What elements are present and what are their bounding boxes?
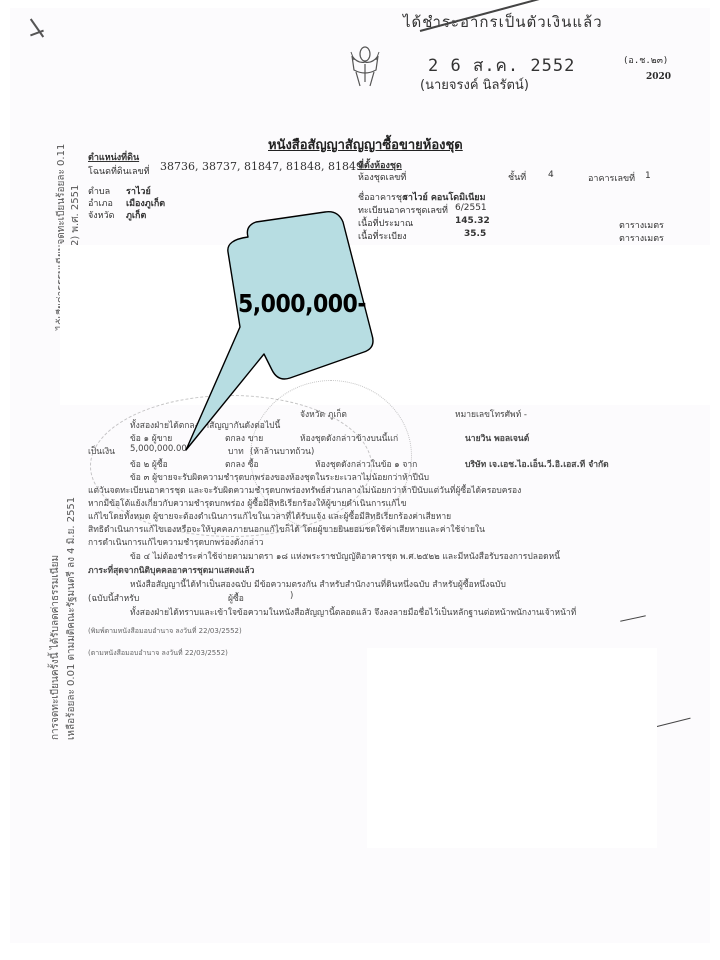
registration-number: 6/2551 xyxy=(455,203,487,213)
clause3-line: การดำเนินการแก้ไขความชำรุดบกพร่องดังกล่า… xyxy=(88,535,264,549)
balcony-value: 35.5 xyxy=(464,229,486,239)
redaction-block-top xyxy=(60,245,720,405)
price-label: เป็นเงิน xyxy=(88,444,115,458)
tax-paid-stamp: ได้ชำระอากรเป็นตัวเงินแล้ว xyxy=(403,10,603,34)
clause3-line: แก้ไขโดยทั้งหมด ผู้ขายจะต้องดำเนินการแก้… xyxy=(88,509,451,523)
clause3-line: แต่วันจดทะเบียนอาคารชุด และจะรับผิดความช… xyxy=(88,483,521,497)
area-value: 145.32 xyxy=(455,216,490,226)
seller-company: บริษัท เจ.เอช.ไอ.เอ็น.วี.อิ.เอส.ที จำกัด xyxy=(465,457,609,471)
balcony-label: เนื้อที่ระเบียง xyxy=(358,229,407,243)
clause2-mid: ตกลง ซื้อ xyxy=(225,457,259,471)
redaction-block-bottom xyxy=(367,648,657,848)
form-number: 2020 xyxy=(646,72,671,82)
floor-value: 4 xyxy=(548,170,554,180)
clause3-line: สิทธิดำเนินการแก้ไขเองหรือจะให้บุคคลภายน… xyxy=(88,522,485,536)
buyer-name: นายวิน พอลเจนต์ xyxy=(465,431,529,445)
copy-for-label: (ฉบับนี้สำหรับ xyxy=(88,591,139,605)
province-value: ภูเก็ต xyxy=(126,208,146,222)
clause2-rest: ห้องชุดดังกล่าวในข้อ ๑ จาก xyxy=(315,457,417,471)
copy-for-value: ผู้ซื้อ xyxy=(228,591,244,605)
footnote-power-of-attorney-1: (พิมพ์ตามหนังสือมอบอำนาจ ลงวันที่ 22/03/… xyxy=(88,626,242,637)
balcony-unit: ตารางเมตร xyxy=(619,231,664,245)
clause1-label: ข้อ ๑ ผู้ขาย xyxy=(130,431,172,445)
clause1-rest: ห้องชุดดังกล่าวข้างบนนี้แก่ xyxy=(300,431,398,445)
building-label: อาคารเลขที่ xyxy=(588,171,635,185)
document-title: หนังสือสัญญาสัญญาซื้อขายห้องชุด xyxy=(268,134,463,155)
margin-note-reduction-2: เหลือร้อยละ 0.01 ตามมติคณะรัฐมนตรี ลง 4 … xyxy=(64,497,79,740)
deed-label: โฉนดที่ดินเลขที่ xyxy=(88,164,150,178)
copies-statement: หนังสือสัญญานี้ได้ทำเป็นสองฉบับ มีข้อควา… xyxy=(130,577,506,591)
closing-statement: ทั้งสองฝ่ายได้ทราบและเข้าใจข้อความในหนัง… xyxy=(130,605,576,619)
condo-label: ชื่ออาคารชุด xyxy=(358,190,408,204)
partial-line-right: หมายเลขโทรศัพท์ - xyxy=(455,407,527,421)
price-unit: บาท xyxy=(228,444,244,458)
clause4-line: ภาระที่สุดจากนิติบุคคลอาคารชุดมาแสดงแล้ว xyxy=(88,563,254,577)
clause3-line: ข้อ ๓ ผู้ขายจะรับผิดความชำรุดบกพร่องของห… xyxy=(130,470,429,484)
partial-line-left: จังหวัด ภูเก็ต xyxy=(300,407,347,421)
floor-label: ชั้นที่ xyxy=(508,170,526,184)
room-label: ห้องชุดเลขที่ xyxy=(358,170,406,184)
clause3-line: หากมีข้อโต้แย้งเกี่ยวกับความชำรุดบกพร่อง… xyxy=(88,496,406,510)
area-label: เนื้อที่ประมาณ xyxy=(358,216,413,230)
condo-name: ราไวย์ คอนโดมิเนียม xyxy=(403,190,486,204)
callout-amount: 5,000,000- xyxy=(238,290,366,319)
area-unit: ตารางเมตร xyxy=(619,218,664,232)
contract-intro: ทั้งสองฝ่ายได้ตกลงทำสัญญากันดังต่อไปนี้ xyxy=(130,418,280,432)
price-words: (ห้าล้านบาทถ้วน) xyxy=(250,444,314,458)
registration-label: ทะเบียนอาคารชุดเลขที่ xyxy=(358,203,448,217)
copy-for-close: ) xyxy=(290,591,293,601)
clause2-label: ข้อ ๒ ผู้ซื้อ xyxy=(130,457,168,471)
building-value: 1 xyxy=(645,171,651,181)
deed-numbers: 38736, 38737, 81847, 81848, 81849 xyxy=(160,160,363,173)
form-code: (อ.ช.๒๓) xyxy=(623,53,668,67)
clause4-line: ข้อ ๔ ไม่ต้องชำระค่าใช้จ่ายตามมาตรา ๑๘ แ… xyxy=(130,549,560,563)
province-label: จังหวัด xyxy=(88,208,115,222)
garuda-emblem-icon xyxy=(350,42,380,88)
land-heading: ตำแหน่งที่ดิน xyxy=(88,150,139,164)
price-value: 5,000,000.00 xyxy=(130,444,187,454)
clause1-mid: ตกลง ขาย xyxy=(225,431,263,445)
footnote-power-of-attorney-2: (ตามหนังสือมอบอำนาจ ลงวันที่ 22/03/2552) xyxy=(88,648,228,659)
margin-note-reduction-1: การจดทะเบียนครั้งนี้ ได้รับลดค่าธรรมเนีย… xyxy=(48,555,63,740)
stamp-official-name: (นายจรงค์ นิลรัตน์) xyxy=(420,74,529,95)
